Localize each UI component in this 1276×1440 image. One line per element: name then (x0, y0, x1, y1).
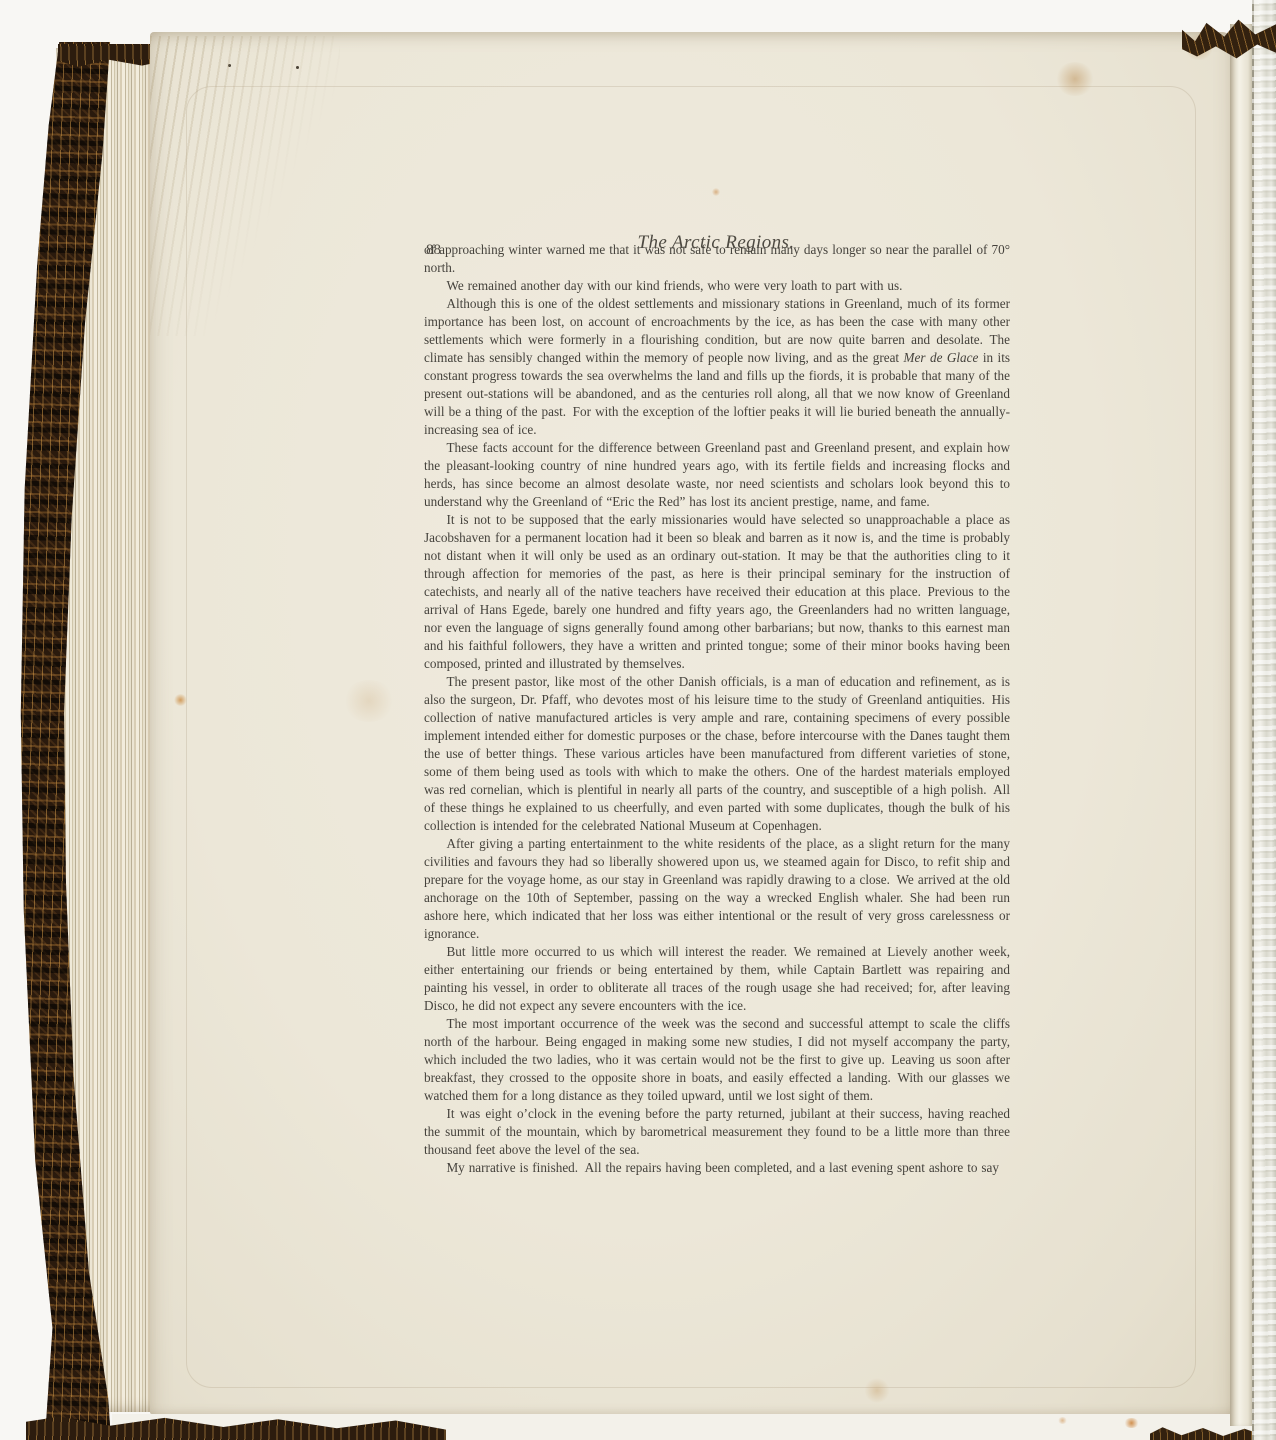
italic-text: Mer de Glace (904, 350, 979, 365)
foxing-stain (342, 680, 396, 722)
text-run: It is not to be supposed that the early … (424, 512, 1010, 671)
paragraph: These facts account for the difference b… (424, 439, 1010, 511)
text-run: After giving a parting entertainment to … (424, 836, 1010, 941)
foxing-stain (1124, 1418, 1139, 1428)
under-page-edge (1230, 24, 1254, 1426)
page-text: of approaching winter warned me that it … (424, 241, 1010, 1177)
curled-sheet-streaks (150, 36, 340, 336)
paragraph: Although this is one of the oldest settl… (424, 295, 1010, 439)
text-run: We remained another day with our kind fr… (446, 278, 902, 293)
paragraph: My narrative is finished. All the repair… (424, 1159, 1010, 1177)
foxing-stain (864, 1378, 890, 1403)
paragraph: The present pastor, like most of the oth… (424, 673, 1010, 835)
paragraph: of approaching winter warned me that it … (424, 241, 1010, 277)
foxing-stain (712, 188, 720, 196)
paragraph: We remained another day with our kind fr… (424, 277, 1010, 295)
text-run: My narrative is finished. All the repair… (446, 1160, 999, 1175)
foxing-stain (1058, 1417, 1067, 1424)
text-run: It was eight o’clock in the evening befo… (424, 1106, 1010, 1157)
text-run: of approaching winter warned me that it … (424, 242, 1010, 275)
text-run: The most important occurrence of the wee… (424, 1016, 1010, 1103)
paragraph: It is not to be supposed that the early … (424, 511, 1010, 673)
foxing-stain (1055, 62, 1095, 96)
text-run: These facts account for the difference b… (424, 440, 1010, 509)
paragraph: It was eight o’clock in the evening befo… (424, 1105, 1010, 1159)
text-run: The present pastor, like most of the oth… (424, 674, 1010, 833)
paragraph: But little more occurred to us which wil… (424, 943, 1010, 1015)
foxing-stain (174, 694, 187, 706)
paragraph: The most important occurrence of the wee… (424, 1015, 1010, 1105)
book-photo: 88 The Arctic Regions. of approaching wi… (0, 0, 1276, 1440)
paragraph: After giving a parting entertainment to … (424, 835, 1010, 943)
text-run: But little more occurred to us which wil… (424, 944, 1010, 1013)
tissue-interleaf (1252, 0, 1276, 1440)
